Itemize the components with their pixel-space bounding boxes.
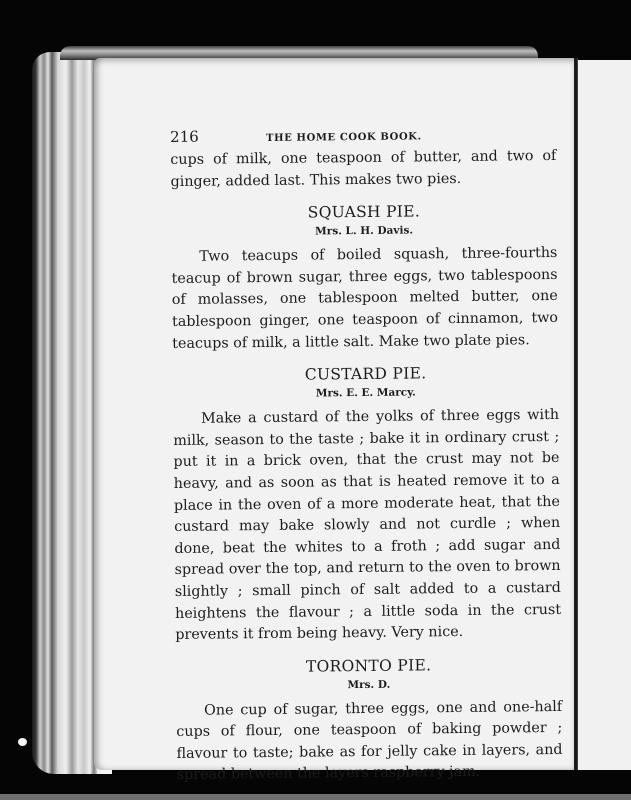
recipe-title: TORONTO PIE. <box>176 655 562 677</box>
book-title: THE HOME COOK BOOK. <box>266 131 422 144</box>
dust-speck <box>18 738 27 746</box>
recipe-text: Make a custard of the yolks of three egg… <box>173 405 561 647</box>
recipe-text: Two teacups of boiled squash, three-four… <box>171 243 558 355</box>
recipe-title: CUSTARD PIE. <box>173 363 559 385</box>
page-number: 216 <box>170 127 266 146</box>
page-text: 216 THE HOME COOK BOOK. cups of milk, on… <box>170 124 563 787</box>
scan-bottom-strip <box>0 794 631 800</box>
recipe-author: Mrs. E. E. Marcy. <box>173 385 559 401</box>
recipe-custard-pie: CUSTARD PIE. Mrs. E. E. Marcy. Make a cu… <box>173 363 562 647</box>
recipe-title: SQUASH PIE. <box>171 201 557 223</box>
recipe-toronto-pie: TORONTO PIE. Mrs. D. One cup of sugar, t… <box>176 655 563 787</box>
recipe-squash-pie: SQUASH PIE. Mrs. L. H. Davis. Two teacup… <box>171 201 559 355</box>
continuation-paragraph: cups of milk, one teaspoon of butter, an… <box>170 146 556 193</box>
recipe-author: Mrs. D. <box>176 677 562 693</box>
recipe-author: Mrs. L. H. Davis. <box>171 223 557 239</box>
recipe-text: One cup of sugar, three eggs, one and on… <box>176 697 563 787</box>
facing-page-edge <box>578 60 631 770</box>
